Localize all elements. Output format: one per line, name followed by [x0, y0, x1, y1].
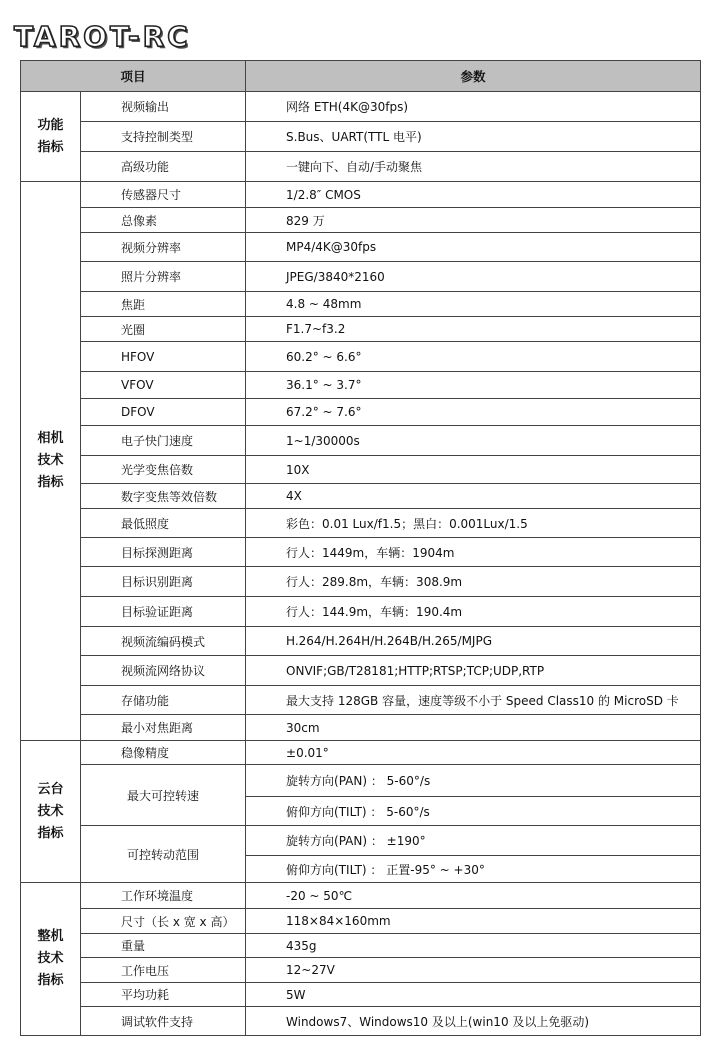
- spec-item-text: 视频分辨率: [121, 241, 181, 255]
- spec-value: 4X: [246, 484, 701, 509]
- spec-value-text: Windows7、Windows10 及以上(win10 及以上免驱动): [286, 1015, 589, 1029]
- spec-item-text: 尺寸（长 x 宽 x 高）: [121, 915, 234, 929]
- spec-value: 5W: [246, 983, 701, 1007]
- spec-item-label: 重量: [81, 934, 246, 958]
- spec-item-text: 支持控制类型: [121, 130, 193, 144]
- spec-value: 36.1° ~ 3.7°: [246, 372, 701, 399]
- spec-item-label: HFOV: [81, 342, 246, 372]
- spec-value: JPEG/3840*2160: [246, 262, 701, 292]
- spec-value: 30cm: [246, 715, 701, 741]
- spec-item-label: 视频流网络协议: [81, 656, 246, 686]
- spec-item-label: 高级功能: [81, 152, 246, 182]
- spec-item-label: 焦距: [81, 292, 246, 317]
- spec-item-label: 照片分辨率: [81, 262, 246, 292]
- spec-item-label: 尺寸（长 x 宽 x 高）: [81, 909, 246, 934]
- spec-value: ONVIF;GB/T28181;HTTP;RTSP;TCP;UDP,RTP: [246, 656, 701, 686]
- table-header-row: 项目 参数: [21, 61, 701, 92]
- spec-item-label: 传感器尺寸: [81, 182, 246, 208]
- spec-item-label: 总像素: [81, 208, 246, 233]
- spec-item-text: VFOV: [121, 378, 154, 392]
- spec-value-text: 829 万: [286, 214, 325, 228]
- spec-value: 1/2.8″ CMOS: [246, 182, 701, 208]
- group-label-gimbal-specs: 云台技术指标: [21, 741, 81, 883]
- spec-value-text: S.Bus、UART(TTL 电平): [286, 130, 422, 144]
- group-label-line: 技术: [21, 801, 80, 823]
- spec-value-text: 行人：1449m，车辆：1904m: [286, 546, 454, 560]
- spec-value-text: 彩色：0.01 Lux/f1.5；黑白：0.001Lux/1.5: [286, 517, 528, 531]
- spec-value-text: 4.8 ~ 48mm: [286, 297, 361, 311]
- spec-value: 829 万: [246, 208, 701, 233]
- spec-item-text: 最小对焦距离: [121, 721, 193, 735]
- spec-value-text: 36.1° ~ 3.7°: [286, 378, 362, 392]
- spec-value: 俯仰方向(TILT) ： 5-60°/s: [246, 797, 701, 826]
- spec-item-label: 目标验证距离: [81, 597, 246, 627]
- table-row: 高级功能一键向下、自动/手动聚焦: [21, 152, 701, 182]
- spec-value: 一键向下、自动/手动聚焦: [246, 152, 701, 182]
- spec-item-text: 光圈: [121, 323, 145, 337]
- spec-item-text: 数字变焦等效倍数: [121, 490, 217, 504]
- spec-value: 12~27V: [246, 958, 701, 983]
- table-row: 电子快门速度1~1/30000s: [21, 426, 701, 456]
- spec-item-text: 稳像精度: [121, 746, 169, 760]
- spec-item-label: 支持控制类型: [81, 122, 246, 152]
- spec-value: 网络 ETH(4K@30fps): [246, 92, 701, 122]
- spec-value: 彩色：0.01 Lux/f1.5；黑白：0.001Lux/1.5: [246, 509, 701, 538]
- spec-item-label: 视频流编码模式: [81, 627, 246, 656]
- spec-value-text: 旋转方向(PAN) ： ±190°: [286, 834, 426, 848]
- spec-item-text: 目标识别距离: [121, 575, 193, 589]
- spec-value: 最大支持 128GB 容量，速度等级不小于 Speed Class10 的 Mi…: [246, 686, 701, 715]
- spec-item-label: 光学变焦倍数: [81, 456, 246, 484]
- spec-item-text: 目标验证距离: [121, 605, 193, 619]
- spec-item-text: 视频流编码模式: [121, 635, 205, 649]
- group-label-line: 技术: [21, 450, 80, 472]
- table-row: VFOV36.1° ~ 3.7°: [21, 372, 701, 399]
- group-label-line: 指标: [21, 472, 80, 494]
- spec-item-text: 平均功耗: [121, 988, 169, 1002]
- spec-value-text: 最大支持 128GB 容量，速度等级不小于 Speed Class10 的 Mi…: [286, 694, 679, 708]
- spec-item-text: 焦距: [121, 298, 145, 312]
- spec-value: 1~1/30000s: [246, 426, 701, 456]
- spec-value-text: 1~1/30000s: [286, 434, 360, 448]
- group-label-line: 指标: [21, 970, 80, 992]
- spec-item-text: 可控转动范围: [127, 848, 199, 862]
- spec-item-text: 调试软件支持: [121, 1015, 193, 1029]
- spec-item-label: 最小对焦距离: [81, 715, 246, 741]
- spec-value: -20 ~ 50℃: [246, 883, 701, 909]
- brand-logo: TAROT-RC: [14, 22, 191, 52]
- spec-item-label: 稳像精度: [81, 741, 246, 765]
- table-row: 调试软件支持Windows7、Windows10 及以上(win10 及以上免驱…: [21, 1007, 701, 1036]
- table-row: 光圈F1.7~f3.2: [21, 317, 701, 342]
- spec-item-label: 电子快门速度: [81, 426, 246, 456]
- spec-value-text: 67.2° ~ 7.6°: [286, 405, 362, 419]
- spec-item-text: DFOV: [121, 405, 155, 419]
- spec-value-text: 行人：144.9m，车辆：190.4m: [286, 605, 462, 619]
- table-row: 重量435g: [21, 934, 701, 958]
- spec-value: 行人：144.9m，车辆：190.4m: [246, 597, 701, 627]
- spec-item-text: 电子快门速度: [121, 434, 193, 448]
- table-row: 可控转动范围旋转方向(PAN) ： ±190°: [21, 826, 701, 856]
- spec-item-label: 视频分辨率: [81, 233, 246, 262]
- spec-item-label: VFOV: [81, 372, 246, 399]
- brand-logo-text: TAROT-RC: [14, 20, 191, 53]
- spec-value-text: 4X: [286, 489, 302, 503]
- spec-item-label: 平均功耗: [81, 983, 246, 1007]
- table-row: 光学变焦倍数10X: [21, 456, 701, 484]
- table-row: 平均功耗5W: [21, 983, 701, 1007]
- spec-value: S.Bus、UART(TTL 电平): [246, 122, 701, 152]
- spec-item-text: 视频输出: [121, 100, 169, 114]
- group-label-line: 整机: [21, 926, 80, 948]
- spec-value: 10X: [246, 456, 701, 484]
- spec-value-text: 行人：289.8m，车辆：308.9m: [286, 575, 462, 589]
- table-row: 目标验证距离行人：144.9m，车辆：190.4m: [21, 597, 701, 627]
- table-row: HFOV60.2° ~ 6.6°: [21, 342, 701, 372]
- spec-value-text: 60.2° ~ 6.6°: [286, 350, 362, 364]
- spec-item-label: 最大可控转速: [81, 765, 246, 826]
- table-row: 存储功能最大支持 128GB 容量，速度等级不小于 Speed Class10 …: [21, 686, 701, 715]
- spec-item-label: 目标识别距离: [81, 567, 246, 597]
- table-row: 视频流网络协议ONVIF;GB/T28181;HTTP;RTSP;TCP;UDP…: [21, 656, 701, 686]
- spec-value-text: 旋转方向(PAN) ： 5-60°/s: [286, 774, 430, 788]
- spec-item-label: 最低照度: [81, 509, 246, 538]
- spec-value-text: 12~27V: [286, 963, 335, 977]
- spec-value-text: 1/2.8″ CMOS: [286, 188, 361, 202]
- group-label-line: 指标: [21, 137, 80, 159]
- spec-item-label: 调试软件支持: [81, 1007, 246, 1036]
- spec-value: 118×84×160mm: [246, 909, 701, 934]
- table-row: 视频分辨率MP4/4K@30fps: [21, 233, 701, 262]
- spec-value: 4.8 ~ 48mm: [246, 292, 701, 317]
- spec-value: 67.2° ~ 7.6°: [246, 399, 701, 426]
- spec-value: H.264/H.264H/H.264B/H.265/MJPG: [246, 627, 701, 656]
- spec-item-text: 存储功能: [121, 694, 169, 708]
- group-label-camera-specs: 相机技术指标: [21, 182, 81, 741]
- table-row: DFOV67.2° ~ 7.6°: [21, 399, 701, 426]
- table-row: 工作电压12~27V: [21, 958, 701, 983]
- spec-item-text: 最大可控转速: [127, 789, 199, 803]
- spec-item-label: 目标探测距离: [81, 538, 246, 567]
- spec-item-text: 工作电压: [121, 964, 169, 978]
- table-row: 视频流编码模式H.264/H.264H/H.264B/H.265/MJPG: [21, 627, 701, 656]
- spec-value-text: JPEG/3840*2160: [286, 270, 385, 284]
- spec-value-text: ONVIF;GB/T28181;HTTP;RTSP;TCP;UDP,RTP: [286, 664, 544, 678]
- group-label-system-specs: 整机技术指标: [21, 883, 81, 1036]
- spec-item-text: 最低照度: [121, 517, 169, 531]
- spec-item-label: 数字变焦等效倍数: [81, 484, 246, 509]
- spec-value-text: 俯仰方向(TILT) ： 5-60°/s: [286, 805, 430, 819]
- table-row: 尺寸（长 x 宽 x 高）118×84×160mm: [21, 909, 701, 934]
- spec-table-body: 功能指标视频输出网络 ETH(4K@30fps)支持控制类型S.Bus、UART…: [21, 92, 701, 1036]
- spec-value-text: F1.7~f3.2: [286, 322, 345, 336]
- table-row: 支持控制类型S.Bus、UART(TTL 电平): [21, 122, 701, 152]
- spec-item-label: 工作电压: [81, 958, 246, 983]
- spec-value: 行人：289.8m，车辆：308.9m: [246, 567, 701, 597]
- spec-value: MP4/4K@30fps: [246, 233, 701, 262]
- spec-item-text: 目标探测距离: [121, 546, 193, 560]
- group-label-line: 指标: [21, 823, 80, 845]
- table-row: 最低照度彩色：0.01 Lux/f1.5；黑白：0.001Lux/1.5: [21, 509, 701, 538]
- spec-value: 435g: [246, 934, 701, 958]
- spec-value-text: 435g: [286, 939, 317, 953]
- spec-value-text: 30cm: [286, 721, 320, 735]
- spec-item-text: 重量: [121, 939, 145, 953]
- table-row: 目标探测距离行人：1449m，车辆：1904m: [21, 538, 701, 567]
- spec-item-text: 光学变焦倍数: [121, 463, 193, 477]
- table-row: 最大可控转速旋转方向(PAN) ： 5-60°/s: [21, 765, 701, 797]
- spec-item-label: 可控转动范围: [81, 826, 246, 883]
- group-label-line: 技术: [21, 948, 80, 970]
- spec-item-label: 存储功能: [81, 686, 246, 715]
- spec-value-text: 10X: [286, 463, 310, 477]
- spec-item-text: 传感器尺寸: [121, 188, 181, 202]
- spec-item-label: 工作环境温度: [81, 883, 246, 909]
- spec-value-text: 网络 ETH(4K@30fps): [286, 100, 408, 114]
- group-label-function-specs: 功能指标: [21, 92, 81, 182]
- spec-value: 俯仰方向(TILT) ： 正置-95° ~ +30°: [246, 856, 701, 883]
- table-row: 目标识别距离行人：289.8m，车辆：308.9m: [21, 567, 701, 597]
- spec-table: 项目 参数 功能指标视频输出网络 ETH(4K@30fps)支持控制类型S.Bu…: [20, 60, 701, 1036]
- spec-value: 旋转方向(PAN) ： 5-60°/s: [246, 765, 701, 797]
- spec-value: 60.2° ~ 6.6°: [246, 342, 701, 372]
- spec-item-label: 视频输出: [81, 92, 246, 122]
- spec-item-label: DFOV: [81, 399, 246, 426]
- table-row: 相机技术指标传感器尺寸1/2.8″ CMOS: [21, 182, 701, 208]
- spec-value: 旋转方向(PAN) ： ±190°: [246, 826, 701, 856]
- group-label-line: 云台: [21, 779, 80, 801]
- spec-item-text: 高级功能: [121, 160, 169, 174]
- header-param: 参数: [246, 61, 701, 92]
- table-row: 功能指标视频输出网络 ETH(4K@30fps): [21, 92, 701, 122]
- spec-item-text: 工作环境温度: [121, 889, 193, 903]
- spec-value-text: 5W: [286, 988, 306, 1002]
- header-item: 项目: [21, 61, 246, 92]
- spec-item-text: 照片分辨率: [121, 270, 181, 284]
- spec-item-text: 视频流网络协议: [121, 664, 205, 678]
- spec-value-text: -20 ~ 50℃: [286, 889, 352, 903]
- spec-value: ±0.01°: [246, 741, 701, 765]
- spec-item-label: 光圈: [81, 317, 246, 342]
- group-label-line: 功能: [21, 115, 80, 137]
- table-row: 整机技术指标工作环境温度-20 ~ 50℃: [21, 883, 701, 909]
- spec-value: Windows7、Windows10 及以上(win10 及以上免驱动): [246, 1007, 701, 1036]
- table-row: 总像素829 万: [21, 208, 701, 233]
- table-row: 最小对焦距离30cm: [21, 715, 701, 741]
- spec-value-text: ±0.01°: [286, 746, 329, 760]
- table-row: 照片分辨率JPEG/3840*2160: [21, 262, 701, 292]
- table-row: 数字变焦等效倍数4X: [21, 484, 701, 509]
- group-label-line: 相机: [21, 428, 80, 450]
- spec-value-text: 一键向下、自动/手动聚焦: [286, 160, 422, 174]
- spec-value-text: MP4/4K@30fps: [286, 240, 376, 254]
- spec-value: F1.7~f3.2: [246, 317, 701, 342]
- spec-value-text: H.264/H.264H/H.264B/H.265/MJPG: [286, 634, 492, 648]
- table-row: 焦距4.8 ~ 48mm: [21, 292, 701, 317]
- spec-item-text: 总像素: [121, 214, 157, 228]
- spec-item-text: HFOV: [121, 350, 154, 364]
- spec-value: 行人：1449m，车辆：1904m: [246, 538, 701, 567]
- spec-value-text: 俯仰方向(TILT) ： 正置-95° ~ +30°: [286, 863, 485, 877]
- table-row: 云台技术指标稳像精度±0.01°: [21, 741, 701, 765]
- spec-value-text: 118×84×160mm: [286, 914, 391, 928]
